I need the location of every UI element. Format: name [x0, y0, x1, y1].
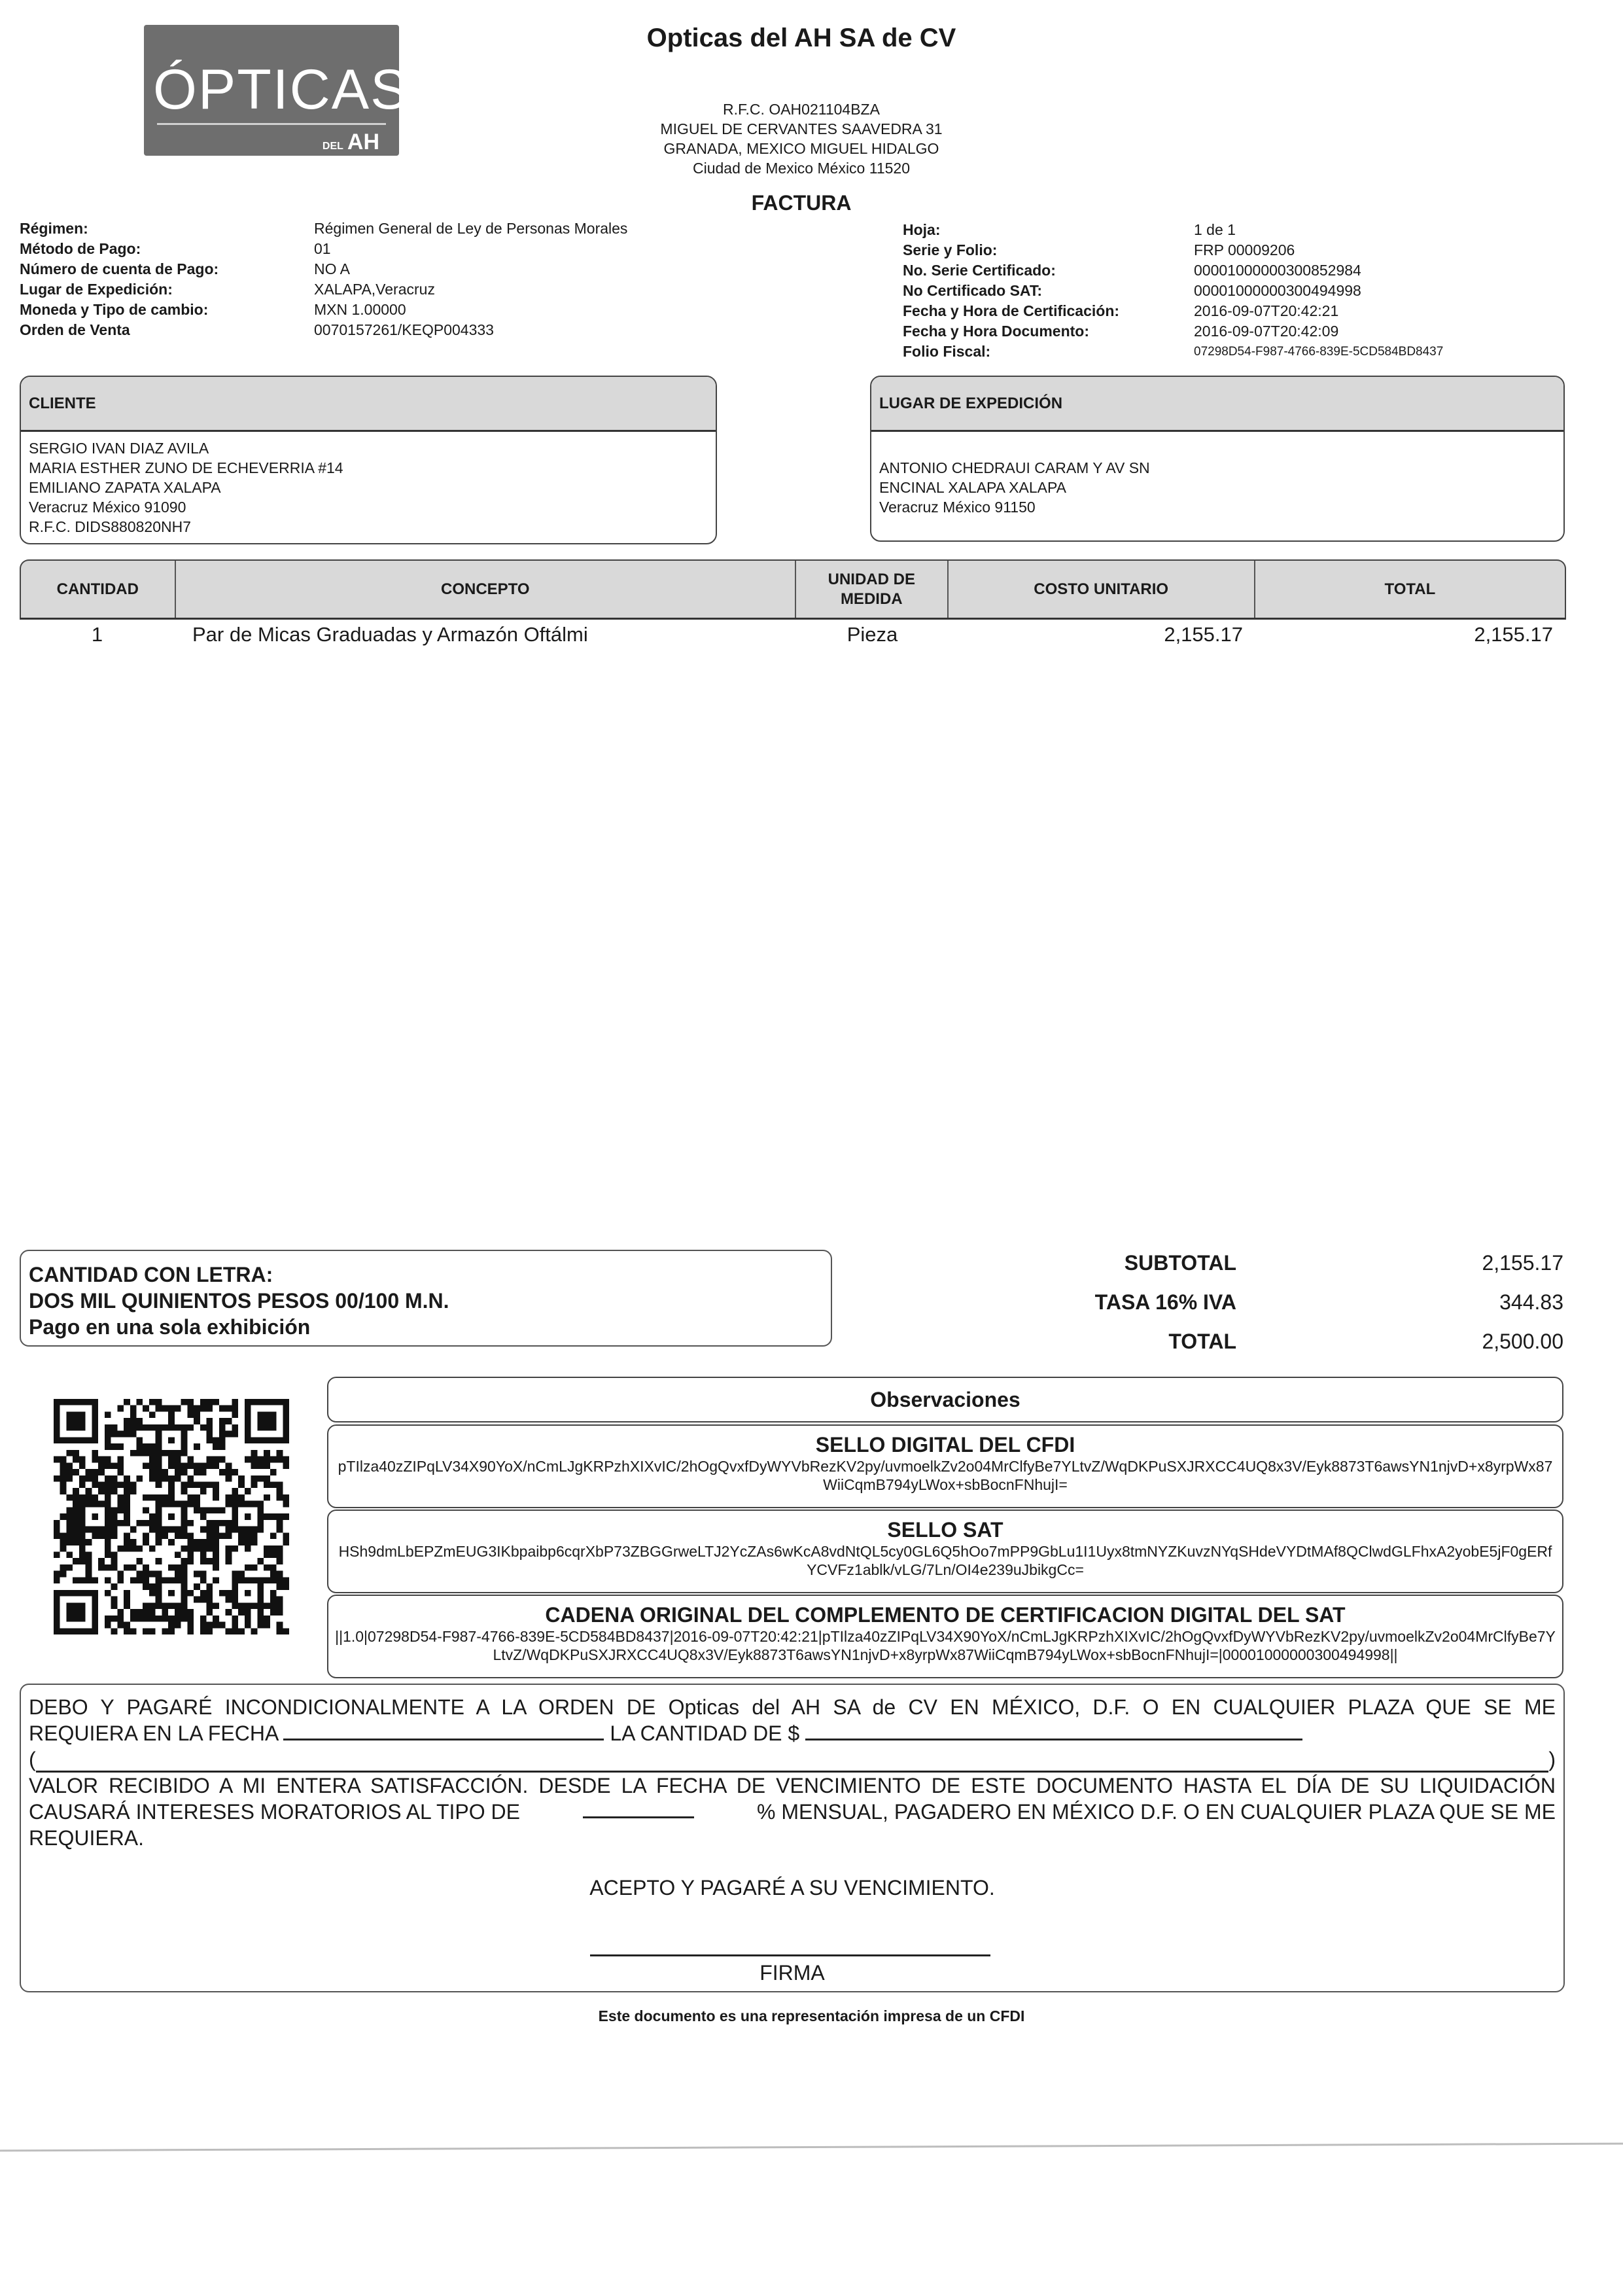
acceptance-text: ACEPTO Y PAGARÉ A SU VENCIMIENTO. — [21, 1875, 1563, 1901]
total-value: 2,500.00 — [1236, 1322, 1563, 1361]
totals: SUBTOTAL2,155.17 TASA 16% IVA344.83 TOTA… — [1047, 1243, 1563, 1361]
fiscal-label: Fecha y Hora de Certificación: — [903, 301, 1194, 321]
original-chain-title: CADENA ORIGINAL DEL COMPLEMENTO DE CERTI… — [335, 1602, 1556, 1627]
cell-cantidad: 1 — [20, 620, 175, 646]
total-value: 2,155.17 — [1236, 1243, 1563, 1282]
client-line: SERGIO IVAN DIAZ AVILA — [29, 438, 708, 458]
interest-terms: % MENSUAL, PAGADERO EN MÉXICO D.F. O EN … — [757, 1799, 1556, 1825]
issuer-address-line: MIGUEL DE CERVANTES SAAVEDRA 31 — [523, 119, 1079, 139]
issuer-info: R.F.C. OAH021104BZA MIGUEL DE CERVANTES … — [523, 99, 1079, 178]
interest-label: CAUSARÁ INTERESES MORATORIOS AL TIPO DE — [29, 1799, 520, 1825]
column-header-cantidad: CANTIDAD — [21, 561, 176, 618]
promissory-line-6: REQUIERA. — [29, 1825, 1556, 1851]
info-label: Moneda y Tipo de cambio: — [20, 300, 314, 320]
qr-code-icon — [54, 1399, 289, 1634]
info-label: Régimen: — [20, 219, 314, 239]
info-row-lugar-expedicion: Lugar de Expedición:XALAPA,Veracruz — [20, 279, 627, 300]
date-label: REQUIERA EN LA FECHA — [29, 1722, 278, 1745]
promissory-line-1: DEBO Y PAGARÉ INCONDICIONALMENTE A LA OR… — [29, 1694, 1556, 1720]
info-row-orden-venta: Orden de Venta0070157261/KEQP004333 — [20, 320, 627, 340]
column-header-unidad: UNIDAD DE MEDIDA — [796, 561, 949, 618]
fiscal-value: 00001000000300494998 — [1194, 281, 1361, 301]
total-label: SUBTOTAL — [1047, 1243, 1236, 1282]
total-label: TASA 16% IVA — [1047, 1282, 1236, 1322]
fiscal-label: No Certificado SAT: — [903, 281, 1194, 301]
issue-place-box-title: LUGAR DE EXPEDICIÓN — [871, 377, 1563, 432]
fiscal-value: 00001000000300852984 — [1194, 260, 1361, 281]
cfdi-seal-title: SELLO DIGITAL DEL CFDI — [335, 1432, 1556, 1457]
scan-edge-divider — [0, 2143, 1623, 2152]
amount-in-words: DOS MIL QUINIENTOS PESOS 00/100 M.N. — [29, 1288, 823, 1314]
fiscal-label: Fecha y Hora Documento: — [903, 321, 1194, 342]
column-header-costo-unitario: COSTO UNITARIO — [949, 561, 1255, 618]
info-value: XALAPA,Veracruz — [314, 279, 435, 300]
fiscal-row-hoja: Hoja:1 de 1 — [903, 220, 1443, 240]
info-value: 0070157261/KEQP004333 — [314, 320, 494, 340]
footer-note: Este documento es una representación imp… — [0, 2007, 1623, 2025]
fiscal-row-fecha-documento: Fecha y Hora Documento:2016-09-07T20:42:… — [903, 321, 1443, 342]
logo-sub: AH — [347, 130, 379, 154]
logo-divider — [157, 123, 386, 125]
fiscal-row-folio-fiscal: Folio Fiscal:07298D54-F987-4766-839E-5CD… — [903, 342, 1443, 362]
issuer-name: Opticas del AH SA de CV — [523, 24, 1079, 53]
promissory-line-5: CAUSARÁ INTERESES MORATORIOS AL TIPO DE … — [29, 1799, 1556, 1825]
sat-seal: SELLO SAT HSh9dmLbEPZmEUG3IKbpaibp6cqrXb… — [327, 1510, 1563, 1593]
issue-place-line: ANTONIO CHEDRAUI CARAM Y AV SN — [879, 458, 1556, 478]
column-header-total: TOTAL — [1255, 561, 1565, 618]
issuer-address-line: Ciudad de Mexico México 11520 — [523, 158, 1079, 178]
fiscal-info: Hoja:1 de 1 Serie y Folio:FRP 00009206 N… — [903, 220, 1443, 362]
client-line: R.F.C. DIDS880820NH7 — [29, 517, 708, 537]
logo-sub-small: DEL — [323, 141, 343, 152]
total-value: 344.83 — [1236, 1282, 1563, 1322]
amount-label: LA CANTIDAD DE $ — [610, 1722, 799, 1745]
fiscal-label: No. Serie Certificado: — [903, 260, 1194, 281]
cfdi-seal-value: pTIlza40zZIPqLV34X90YoX/nCmLJgKRPzhXIXvI… — [335, 1457, 1556, 1494]
promissory-note: DEBO Y PAGARÉ INCONDICIONALMENTE A LA OR… — [20, 1684, 1565, 1992]
logo-main-text: ÓPTICAS — [153, 58, 410, 122]
client-line: EMILIANO ZAPATA XALAPA — [29, 478, 708, 497]
fiscal-row-fecha-certificacion: Fecha y Hora de Certificación:2016-09-07… — [903, 301, 1443, 321]
info-value: Régimen General de Ley de Personas Moral… — [314, 219, 627, 239]
info-value: MXN 1.00000 — [314, 300, 406, 320]
cfdi-digital-seal: SELLO DIGITAL DEL CFDI pTIlza40zZIPqLV34… — [327, 1424, 1563, 1508]
promissory-line-4: VALOR RECIBIDO A MI ENTERA SATISFACCIÓN.… — [29, 1773, 1556, 1799]
info-row-regimen: Régimen:Régimen General de Ley de Person… — [20, 219, 627, 239]
payment-form: Pago en una sola exhibición — [29, 1314, 823, 1340]
fiscal-row-serie-folio: Serie y Folio:FRP 00009206 — [903, 240, 1443, 260]
client-line: Veracruz México 91090 — [29, 497, 708, 517]
cell-unidad: Pieza — [796, 620, 949, 646]
interest-blank — [583, 1799, 694, 1818]
fiscal-value: 1 de 1 — [1194, 220, 1236, 240]
table-row: 1 Par de Micas Graduadas y Armazón Oftál… — [20, 620, 1566, 646]
general-info: Régimen:Régimen General de Ley de Person… — [20, 219, 627, 340]
fiscal-label: Folio Fiscal: — [903, 342, 1194, 362]
signature-label: FIRMA — [21, 1960, 1563, 1986]
issuer-address-line: GRANADA, MEXICO MIGUEL HIDALGO — [523, 139, 1079, 158]
info-row-cuenta-pago: Número de cuenta de Pago:NO A — [20, 259, 627, 279]
client-details: SERGIO IVAN DIAZ AVILA MARIA ESTHER ZUNO… — [21, 432, 716, 543]
info-label: Método de Pago: — [20, 239, 314, 259]
document-type: FACTURA — [654, 191, 949, 215]
fiscal-value: 2016-09-07T20:42:21 — [1194, 301, 1338, 321]
observations-header: Observaciones — [327, 1377, 1563, 1422]
open-paren: ( — [29, 1746, 36, 1773]
total-label: TOTAL — [1047, 1322, 1236, 1361]
issue-place-line: ENCINAL XALAPA XALAPA — [879, 478, 1556, 497]
info-row-metodo-pago: Método de Pago:01 — [20, 239, 627, 259]
total-row-subtotal: SUBTOTAL2,155.17 — [1047, 1243, 1563, 1282]
info-label: Orden de Venta — [20, 320, 314, 340]
column-header-unidad-text: UNIDAD DE MEDIDA — [822, 570, 920, 609]
amount-words-blank — [36, 1753, 1549, 1773]
fiscal-label: Serie y Folio: — [903, 240, 1194, 260]
close-paren: ) — [1548, 1746, 1556, 1773]
issue-place-box: LUGAR DE EXPEDICIÓN ANTONIO CHEDRAUI CAR… — [870, 376, 1565, 542]
info-value: 01 — [314, 239, 331, 259]
total-row-iva: TASA 16% IVA344.83 — [1047, 1282, 1563, 1322]
items-table-header: CANTIDAD CONCEPTO UNIDAD DE MEDIDA COSTO… — [20, 559, 1566, 620]
sat-seal-value: HSh9dmLbEPZmEUG3IKbpaibp6cqrXbP73ZBGGrwe… — [335, 1542, 1556, 1579]
amount-blank — [805, 1721, 1302, 1740]
promissory-line-2: REQUIERA EN LA FECHA LA CANTIDAD DE $ — [29, 1720, 1556, 1746]
fiscal-label: Hoja: — [903, 220, 1194, 240]
amount-in-words-label: CANTIDAD CON LETRA: — [29, 1262, 823, 1288]
logo-sub-text: DELAH — [323, 130, 383, 155]
issuer-rfc: R.F.C. OAH021104BZA — [523, 99, 1079, 119]
cell-total: 2,155.17 — [1256, 620, 1566, 646]
promissory-line-3: ( ) — [29, 1746, 1556, 1773]
issue-place-line: Veracruz México 91150 — [879, 497, 1556, 517]
column-header-concepto: CONCEPTO — [176, 561, 796, 618]
original-chain-value: ||1.0|07298D54-F987-4766-839E-5CD584BD84… — [335, 1627, 1556, 1664]
company-logo: ÓPTICAS DELAH — [144, 25, 399, 156]
cell-costo-unitario: 2,155.17 — [949, 620, 1256, 646]
sat-seal-title: SELLO SAT — [335, 1517, 1556, 1542]
fiscal-row-certificado-sat: No Certificado SAT:00001000000300494998 — [903, 281, 1443, 301]
info-label: Número de cuenta de Pago: — [20, 259, 314, 279]
info-value: NO A — [314, 259, 350, 279]
issue-place-details: ANTONIO CHEDRAUI CARAM Y AV SN ENCINAL X… — [871, 432, 1563, 523]
original-chain: CADENA ORIGINAL DEL COMPLEMENTO DE CERTI… — [327, 1595, 1563, 1678]
client-box: CLIENTE SERGIO IVAN DIAZ AVILA MARIA EST… — [20, 376, 717, 544]
fiscal-row-serie-certificado: No. Serie Certificado:000010000003008529… — [903, 260, 1443, 281]
client-box-title: CLIENTE — [21, 377, 716, 432]
amount-in-words-box: CANTIDAD CON LETRA: DOS MIL QUINIENTOS P… — [20, 1250, 832, 1347]
info-row-moneda: Moneda y Tipo de cambio:MXN 1.00000 — [20, 300, 627, 320]
fiscal-value: 07298D54-F987-4766-839E-5CD584BD8437 — [1194, 342, 1443, 362]
cell-concepto: Par de Micas Graduadas y Armazón Oftálmi — [175, 620, 796, 646]
total-row-total: TOTAL2,500.00 — [1047, 1322, 1563, 1361]
info-label: Lugar de Expedición: — [20, 279, 314, 300]
date-blank — [283, 1721, 604, 1740]
fiscal-value: FRP 00009206 — [1194, 240, 1295, 260]
fiscal-value: 2016-09-07T20:42:09 — [1194, 321, 1338, 342]
client-line: MARIA ESTHER ZUNO DE ECHEVERRIA #14 — [29, 458, 708, 478]
signature-line — [590, 1954, 990, 1956]
